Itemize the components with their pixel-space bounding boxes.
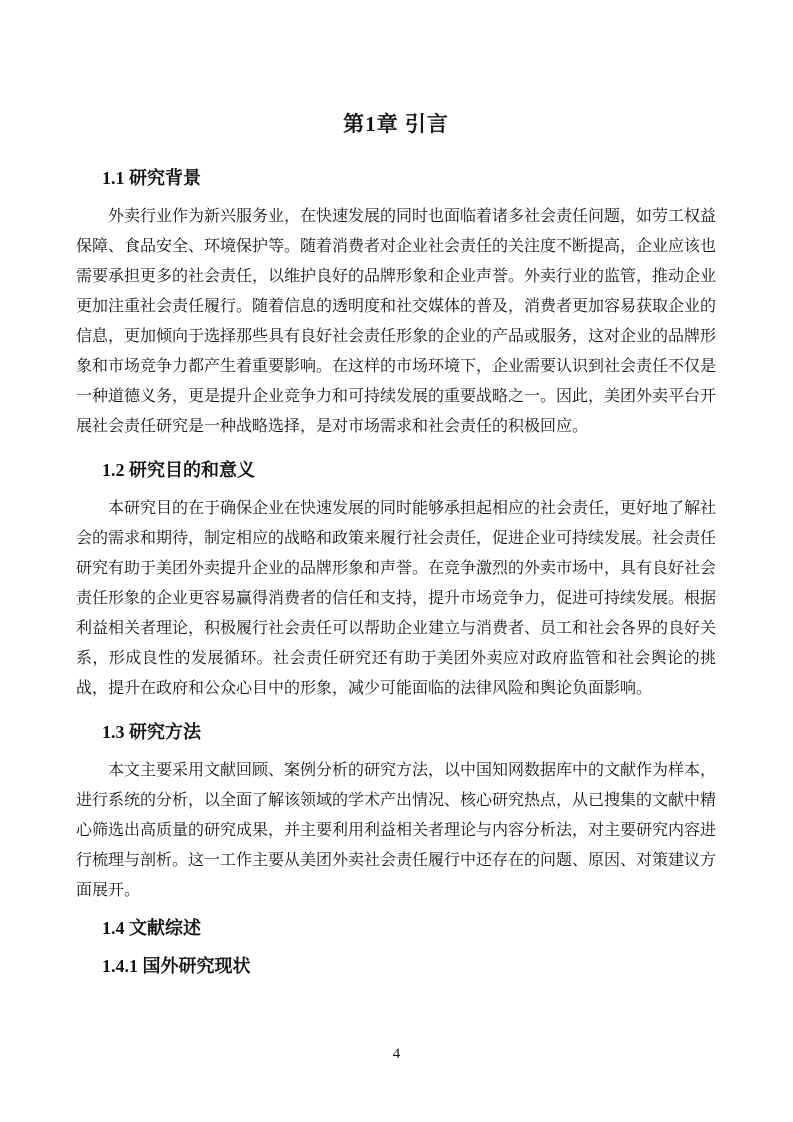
paragraph-1-1: 外卖行业作为新兴服务业，在快速发展的同时也面临着诸多社会责任问题，如劳工权益保障… <box>76 202 716 442</box>
section-heading-1-3: 1.3 研究方法 <box>102 718 716 746</box>
section-heading-1-2: 1.2 研究目的和意义 <box>102 456 716 484</box>
paragraph-1-2: 本研究目的在于确保企业在快速发展的同时能够承担起相应的社会责任，更好地了解社会的… <box>76 494 716 704</box>
section-heading-1-1: 1.1 研究背景 <box>102 164 716 192</box>
page-number: 4 <box>0 1044 793 1064</box>
section-heading-1-4-1: 1.4.1 国外研究现状 <box>102 952 716 980</box>
chapter-title: 第1章 引言 <box>76 108 716 140</box>
paragraph-1-3: 本文主要采用文献回顾、案例分析的研究方法，以中国知网数据库中的文献作为样本，进行… <box>76 756 716 906</box>
document-page: 第1章 引言 1.1 研究背景 外卖行业作为新兴服务业，在快速发展的同时也面临着… <box>0 0 793 1122</box>
section-heading-1-4: 1.4 文献综述 <box>102 914 716 942</box>
